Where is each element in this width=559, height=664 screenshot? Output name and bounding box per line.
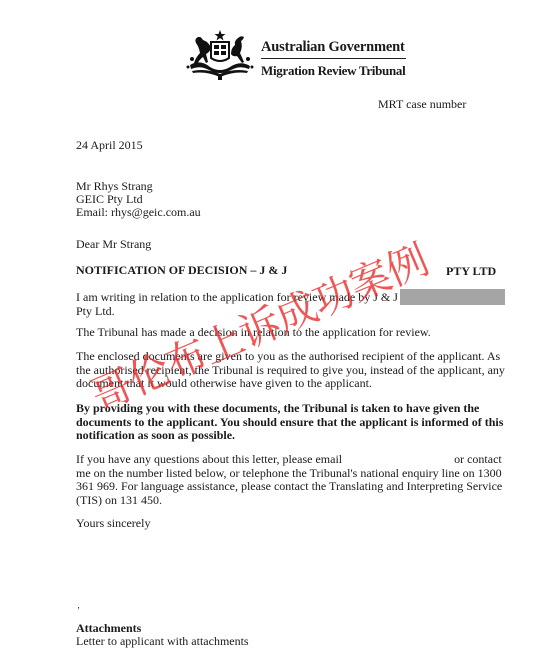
closing: Yours sincerely — [76, 517, 150, 531]
paragraph-text: Pty Ltd. — [76, 304, 115, 318]
organisation-name: Australian Government Migration Review T… — [261, 39, 406, 78]
government-name: Australian Government — [261, 39, 406, 55]
header-divider — [261, 58, 406, 59]
paragraph-notice: By providing you with these documents, t… — [76, 402, 516, 443]
letterhead: Australian Government Migration Review T… — [184, 29, 414, 84]
paragraph-contact: If you have any questions about this let… — [76, 453, 516, 507]
paragraph-text: If you have any questions about this let… — [76, 452, 342, 466]
letter-date: 24 April 2015 — [76, 139, 143, 153]
signature-mark: ‚ — [77, 600, 80, 610]
tribunal-name: Migration Review Tribunal — [261, 63, 406, 78]
redacted-company-name — [400, 289, 505, 305]
paragraph-authorised-recipient: The enclosed documents are given to you … — [76, 350, 516, 391]
recipient-email: Email: rhys@geic.com.au — [76, 206, 201, 220]
paragraph-decision: The Tribunal has made a decision in rela… — [76, 326, 516, 340]
commonwealth-coat-of-arms-icon — [184, 29, 256, 81]
paragraph-application: I am writing in relation to the applicat… — [76, 289, 516, 319]
subject-line-suffix: PTY LTD — [446, 264, 496, 279]
letter-page: Australian Government Migration Review T… — [0, 0, 559, 664]
attachment-item: Letter to applicant with attachments — [76, 635, 249, 649]
case-number-label: MRT case number — [378, 97, 466, 112]
paragraph-text: I am writing in relation to the applicat… — [76, 290, 398, 304]
salutation: Dear Mr Strang — [76, 238, 151, 252]
subject-line: NOTIFICATION OF DECISION – J & J — [76, 264, 287, 278]
